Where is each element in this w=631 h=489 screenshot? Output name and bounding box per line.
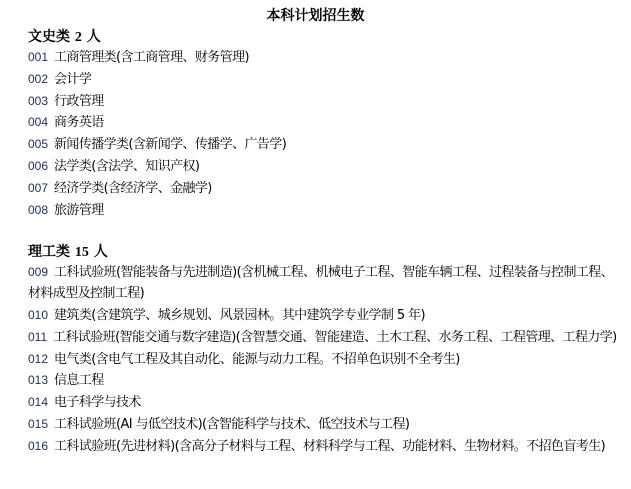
section-label: 文史类 xyxy=(28,29,70,45)
major-code: 007 xyxy=(28,181,48,195)
major-name: 工商管理类(含工商管理、财务管理) xyxy=(54,50,249,65)
section-unit: 人 xyxy=(87,29,101,45)
major-name: 电气类(含电气工程及其自动化、能源与动力工程。不招单色识别不全考生) xyxy=(54,352,460,367)
major-name: 商务英语 xyxy=(54,115,104,130)
major-list-liberal-arts: 001工商管理类(含工商管理、财务管理) 002会计学 003行政管理 004商… xyxy=(28,47,618,221)
major-code: 015 xyxy=(28,417,48,431)
major-name: 建筑类(含建筑学、城乡规划、风景园林。其中建筑学专业学制 5 年) xyxy=(54,308,425,323)
list-item: 016工科试验班(先进材料)(含高分子材料与工程、材料科学与工程、功能材料、生物… xyxy=(28,436,618,458)
major-code: 001 xyxy=(28,50,48,64)
major-list-science-engineering: 009工科试验班(智能装备与先进制造)(含机械工程、机械电子工程、智能车辆工程、… xyxy=(28,262,618,457)
section-heading-liberal-arts: 文史类 2 人 xyxy=(28,28,618,47)
section-count: 2 xyxy=(75,30,82,45)
list-item: 003行政管理 xyxy=(28,91,618,113)
major-name: 信息工程 xyxy=(54,373,104,388)
major-name: 旅游管理 xyxy=(54,203,104,218)
major-code: 005 xyxy=(28,137,48,151)
list-item: 010建筑类(含建筑学、城乡规划、风景园林。其中建筑学专业学制 5 年) xyxy=(28,305,618,327)
list-item: 001工商管理类(含工商管理、财务管理) xyxy=(28,47,618,69)
major-name: 新闻传播学类(含新闻学、传播学、广告学) xyxy=(54,137,286,152)
major-code: 002 xyxy=(28,72,48,86)
list-item: 005新闻传播学类(含新闻学、传播学、广告学) xyxy=(28,134,618,156)
section-spacer xyxy=(28,221,618,241)
major-name: 工科试验班(先进材料)(含高分子材料与工程、材料科学与工程、功能材料、生物材料。… xyxy=(54,439,605,454)
list-item: 014电子科学与技术 xyxy=(28,392,618,414)
section-unit: 人 xyxy=(94,244,108,260)
major-code: 006 xyxy=(28,159,48,173)
major-name: 法学类(含法学、知识产权) xyxy=(54,159,199,174)
major-name: 电子科学与技术 xyxy=(54,395,141,410)
major-name: 工科试验班(智能装备与先进制造)(含机械工程、机械电子工程、智能车辆工程、过程装… xyxy=(28,265,613,301)
list-item: 007经济学类(含经济学、金融学) xyxy=(28,178,618,200)
major-name: 工科试验班(智能交通与数字建造)(含智慧交通、智能建造、土木工程、水务工程、工程… xyxy=(53,330,617,345)
major-code: 003 xyxy=(28,94,48,108)
list-item: 002会计学 xyxy=(28,69,618,91)
major-code: 011 xyxy=(28,330,47,344)
list-item: 008旅游管理 xyxy=(28,200,618,222)
list-item: 009工科试验班(智能装备与先进制造)(含机械工程、机械电子工程、智能车辆工程、… xyxy=(28,262,618,305)
list-item: 006法学类(含法学、知识产权) xyxy=(28,156,618,178)
major-name: 会计学 xyxy=(54,72,91,87)
list-item: 011工科试验班(智能交通与数字建造)(含智慧交通、智能建造、土木工程、水务工程… xyxy=(28,327,618,349)
list-item: 004商务英语 xyxy=(28,112,618,134)
major-code: 010 xyxy=(28,308,48,322)
major-code: 014 xyxy=(28,395,48,409)
major-code: 013 xyxy=(28,373,48,387)
page-title: 本科计划招生数 xyxy=(28,6,603,26)
major-code: 009 xyxy=(28,265,48,279)
major-name: 工科试验班(AI 与低空技术)(含智能科学与技术、低空技术与工程) xyxy=(54,417,409,432)
list-item: 012电气类(含电气工程及其自动化、能源与动力工程。不招单色识别不全考生) xyxy=(28,349,618,371)
document-page: 本科计划招生数 文史类 2 人 001工商管理类(含工商管理、财务管理) 002… xyxy=(28,0,618,458)
list-item: 013信息工程 xyxy=(28,370,618,392)
list-item: 015工科试验班(AI 与低空技术)(含智能科学与技术、低空技术与工程) xyxy=(28,414,618,436)
section-heading-science-engineering: 理工类 15 人 xyxy=(28,243,618,262)
major-code: 004 xyxy=(28,115,48,129)
section-label: 理工类 xyxy=(28,244,70,260)
major-code: 008 xyxy=(28,203,48,217)
major-name: 行政管理 xyxy=(54,94,104,109)
major-code: 016 xyxy=(28,439,48,453)
section-count: 15 xyxy=(75,245,89,260)
major-code: 012 xyxy=(28,352,48,366)
major-name: 经济学类(含经济学、金融学) xyxy=(54,181,212,196)
